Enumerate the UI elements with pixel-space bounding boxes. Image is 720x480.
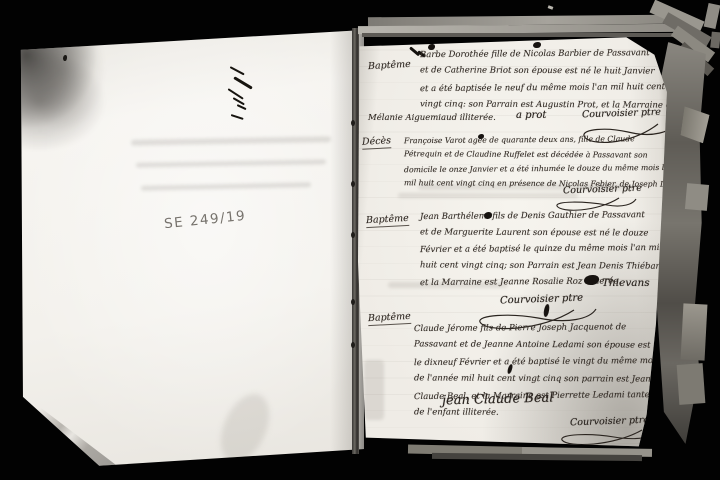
margin-label: Baptême bbox=[368, 59, 411, 72]
pen-scribbles bbox=[16, 26, 364, 468]
bleed-through bbox=[364, 360, 384, 420]
bleed-through bbox=[398, 193, 578, 198]
ink-blot bbox=[543, 304, 550, 318]
page-corner-fragment bbox=[704, 3, 720, 29]
witness-signature: jean Claude Beal bbox=[442, 391, 554, 409]
witness-signature: Thievans bbox=[602, 277, 650, 289]
pen-scribble bbox=[233, 76, 253, 89]
record-line: Février et a été baptisé le quinze du mê… bbox=[420, 240, 665, 259]
scanned-register-spread: SE 249/19 bbox=[0, 0, 720, 480]
priest-signature: Courvoisier ptre bbox=[563, 183, 642, 197]
margin-label: Décès bbox=[362, 135, 392, 150]
priest-signature: Courvoisier ptre bbox=[570, 415, 649, 429]
left-page: SE 249/19 bbox=[16, 26, 364, 468]
record-line: et de Catherine Briot son épouse est né … bbox=[420, 62, 679, 80]
pen-scribble bbox=[236, 104, 246, 110]
page-tab bbox=[677, 363, 706, 405]
record-line: de l'année mil huit cent vingt cinq son … bbox=[414, 370, 664, 388]
record-line: le dixneuf Février et a été baptisé le v… bbox=[414, 353, 664, 372]
right-page-bundle: Baptême Barbe Dorothée fille de Nicolas … bbox=[352, 8, 708, 468]
record-line: Françoise Varot agée de quarante deux an… bbox=[404, 132, 690, 149]
margin-label: Baptême bbox=[366, 213, 409, 228]
record-line: et de Marguerite Laurent son épouse est … bbox=[420, 224, 665, 242]
pen-scribble bbox=[229, 66, 244, 76]
record-line: Passavant et de Jeanne Antoine Ledami so… bbox=[414, 336, 664, 354]
signature-flourish bbox=[558, 428, 662, 448]
record-line: Claude Jérome fils de Pierre Joseph Jacq… bbox=[414, 319, 664, 338]
priest-signature: Courvoisier ptre bbox=[500, 293, 583, 307]
record-line: Mélanie Aiguemiaud illiterée. bbox=[368, 113, 496, 123]
witness-signature: a prot bbox=[516, 110, 546, 121]
priest-signature: Courvoisier ptre bbox=[582, 107, 661, 121]
page-tab bbox=[681, 303, 708, 360]
pen-scribble bbox=[231, 114, 244, 120]
record-line: domicile le onze Janvier et a été inhumé… bbox=[404, 161, 690, 178]
margin-label: Baptême bbox=[368, 311, 411, 326]
page-tab bbox=[685, 183, 709, 211]
record-line: Jean Barthélemi fils de Denis Gauthier d… bbox=[420, 207, 665, 226]
record-text: Françoise Varot agée de quarante deux an… bbox=[404, 133, 690, 191]
record-text: Barbe Dorothée fille de Nicolas Barbier … bbox=[420, 46, 678, 114]
page-edge-top bbox=[362, 33, 678, 37]
right-page: Baptême Barbe Dorothée fille de Nicolas … bbox=[358, 34, 670, 448]
record-line: Barbe Dorothée fille de Nicolas Barbier … bbox=[420, 45, 679, 64]
page-edge-bottom bbox=[432, 453, 642, 461]
record-line: mil huit cent vingt cinq en présence de … bbox=[404, 176, 690, 192]
record-line: et a été baptisée le neuf du même mois l… bbox=[420, 79, 679, 98]
page-corner-fragment bbox=[710, 32, 720, 49]
